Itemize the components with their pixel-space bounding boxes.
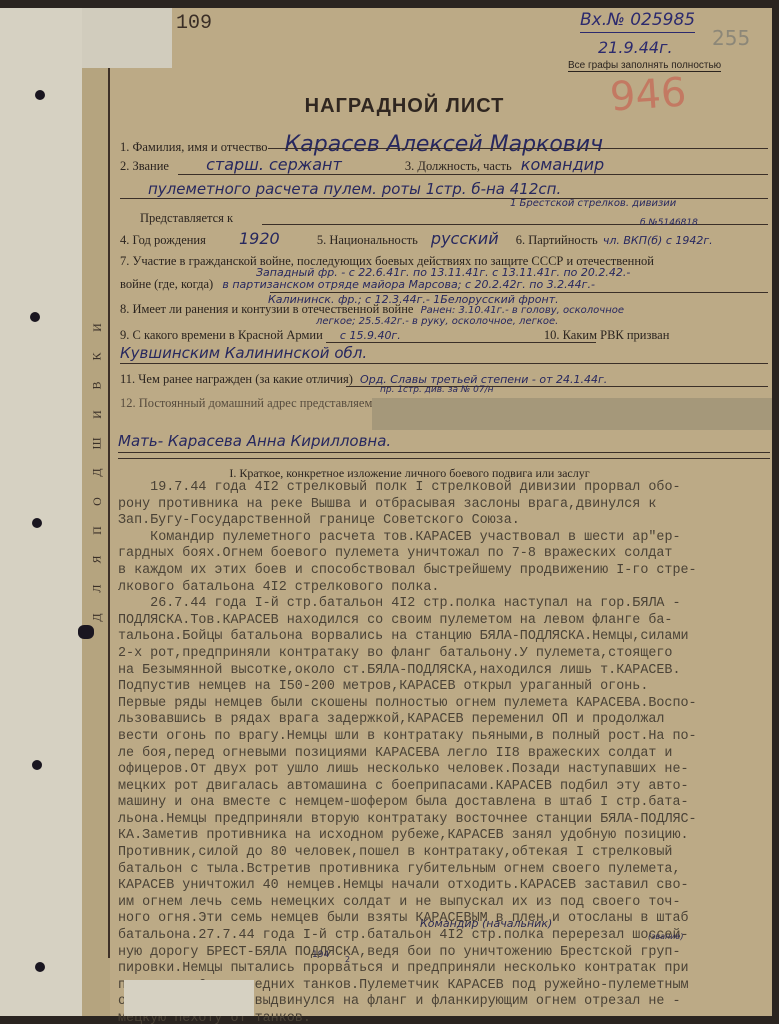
field-label: 1. Фамилия, имя и отчество [120, 140, 268, 154]
margin-letter: Д [90, 613, 105, 621]
feat-description: 19.7.44 года 4I2 стрелковый полк I стрел… [118, 480, 760, 1024]
wounds-value-1: Ранен: 3.10.41г.- в голову, осколочное [421, 305, 624, 316]
rank-label-overlay: (звание) [648, 932, 683, 941]
field-full-name: 1. Фамилия, имя и отчество Карасев Алекс… [120, 132, 603, 157]
family-address-value: Мать- Карасева Анна Кирилловна. [118, 432, 391, 450]
feat-paragraph-2: Командир пулеметного расчета тов.КАРАСЕВ… [118, 530, 760, 596]
war-participation-value-2: в партизанском отряде майора Марсова; с … [222, 278, 595, 291]
binding-hole [78, 625, 94, 639]
field-label: 9. С какого времени в Красной Армии [120, 328, 323, 342]
field-label: 4. Год рождения [120, 233, 206, 247]
field-label: 11. Чем ранее награжден (за какие отличи… [120, 372, 353, 386]
previous-awards-value-2: пр. 1стр. див. за № 07/н [380, 385, 494, 395]
field-wounds: 8. Имеет ли ранения и контузии в отечест… [120, 302, 624, 317]
field-label: 6. Партийность [516, 233, 598, 247]
field-army-since: 9. С какого времени в Красной Армии с 15… [120, 328, 669, 343]
field-label: войне (где, когда) [120, 277, 213, 291]
margin-letter: П [89, 526, 104, 535]
rank-value: старш. сержант [206, 155, 342, 174]
margin-letter: Я [89, 555, 104, 563]
field-label: Представляется к [140, 211, 233, 225]
nationality-value: русский [431, 229, 499, 248]
binding-strip [0, 8, 82, 1016]
margin-letter: И [89, 323, 104, 332]
underline [326, 342, 596, 343]
margin-letter: Ш [89, 437, 104, 449]
party-value: чл. ВКП(б) с 1942г. [603, 234, 713, 247]
feat-paragraph-3: 26.7.44 года I-й стр.батальон 4I2 стр.по… [118, 596, 760, 1024]
document-title: НАГРАДНОЙ ЛИСТ [0, 95, 779, 118]
underline [268, 148, 768, 149]
pencil-page-number: 255 [712, 26, 750, 50]
section-heading: I. Краткое, конкретное изложение личного… [0, 466, 779, 481]
field-rank-position: 2. Звание старш. сержант 3. Должность, ч… [120, 155, 604, 174]
field-label: 2. Звание [120, 159, 169, 173]
wounds-value-2: легкое; 25.5.42г.- в руку, осколочное, л… [316, 316, 558, 327]
party-card-number: б.№5146818 [640, 218, 698, 228]
field-birth-nationality-party: 4. Год рождения 1920 5. Национальность р… [120, 229, 713, 248]
army-since-value: с 15.9.40г. [340, 329, 401, 342]
field-previous-awards: 11. Чем ранее награжден (за какие отличи… [120, 372, 607, 387]
field-label: 8. Имеет ли ранения и контузии в отечест… [120, 302, 413, 316]
bottom-label-patch [124, 980, 254, 1016]
position-unit-value: пулеметного расчета пулем. роты 1стр. б-… [148, 180, 561, 198]
margin-rule [108, 68, 110, 958]
binding-hole [32, 760, 42, 770]
incoming-date: 21.9.44г. [598, 38, 673, 57]
margin-letter: И [89, 410, 104, 419]
form-code-sub: 2 [345, 955, 350, 964]
field-war-where-when: войне (где, когда) в партизанском отряде… [120, 277, 595, 292]
field-label: 3. Должность, часть [405, 159, 512, 173]
underline [178, 174, 768, 175]
margin-letter: К [89, 352, 104, 360]
redacted-area [372, 398, 772, 430]
field-presented-to: Представляется к [140, 211, 233, 226]
margin-letter: В [89, 381, 104, 389]
binding-hole [30, 312, 40, 322]
field-label: 5. Национальность [317, 233, 418, 247]
form-code: 194 [312, 950, 329, 960]
division-value: 1 Брестской стрелков. дивизии [510, 198, 676, 209]
binding-hole [35, 962, 45, 972]
commander-label-overlay: Командир (начальник) [420, 917, 552, 930]
double-rule [118, 458, 770, 459]
field-label: 10. Каким РВК призван [544, 328, 670, 342]
position-value: командир [521, 155, 604, 174]
binding-strip-top [82, 8, 172, 68]
margin-letter: О [89, 497, 104, 506]
feat-paragraph-1: 19.7.44 года 4I2 стрелковый полк I стрел… [118, 480, 760, 530]
fill-instruction: Все графы заполнять полностью [568, 60, 721, 72]
underline [120, 363, 768, 364]
document-number: 109 [176, 12, 212, 35]
binding-hole [32, 518, 42, 528]
margin-letter: Л [89, 584, 104, 592]
birth-year-value: 1920 [239, 229, 280, 248]
incoming-registration: Вх.№ 025985 [580, 10, 695, 33]
full-name-value: Карасев Алексей Маркович [285, 132, 603, 157]
underline [118, 452, 770, 453]
conscription-office-value: Кувшинским Калининской обл. [120, 344, 367, 362]
